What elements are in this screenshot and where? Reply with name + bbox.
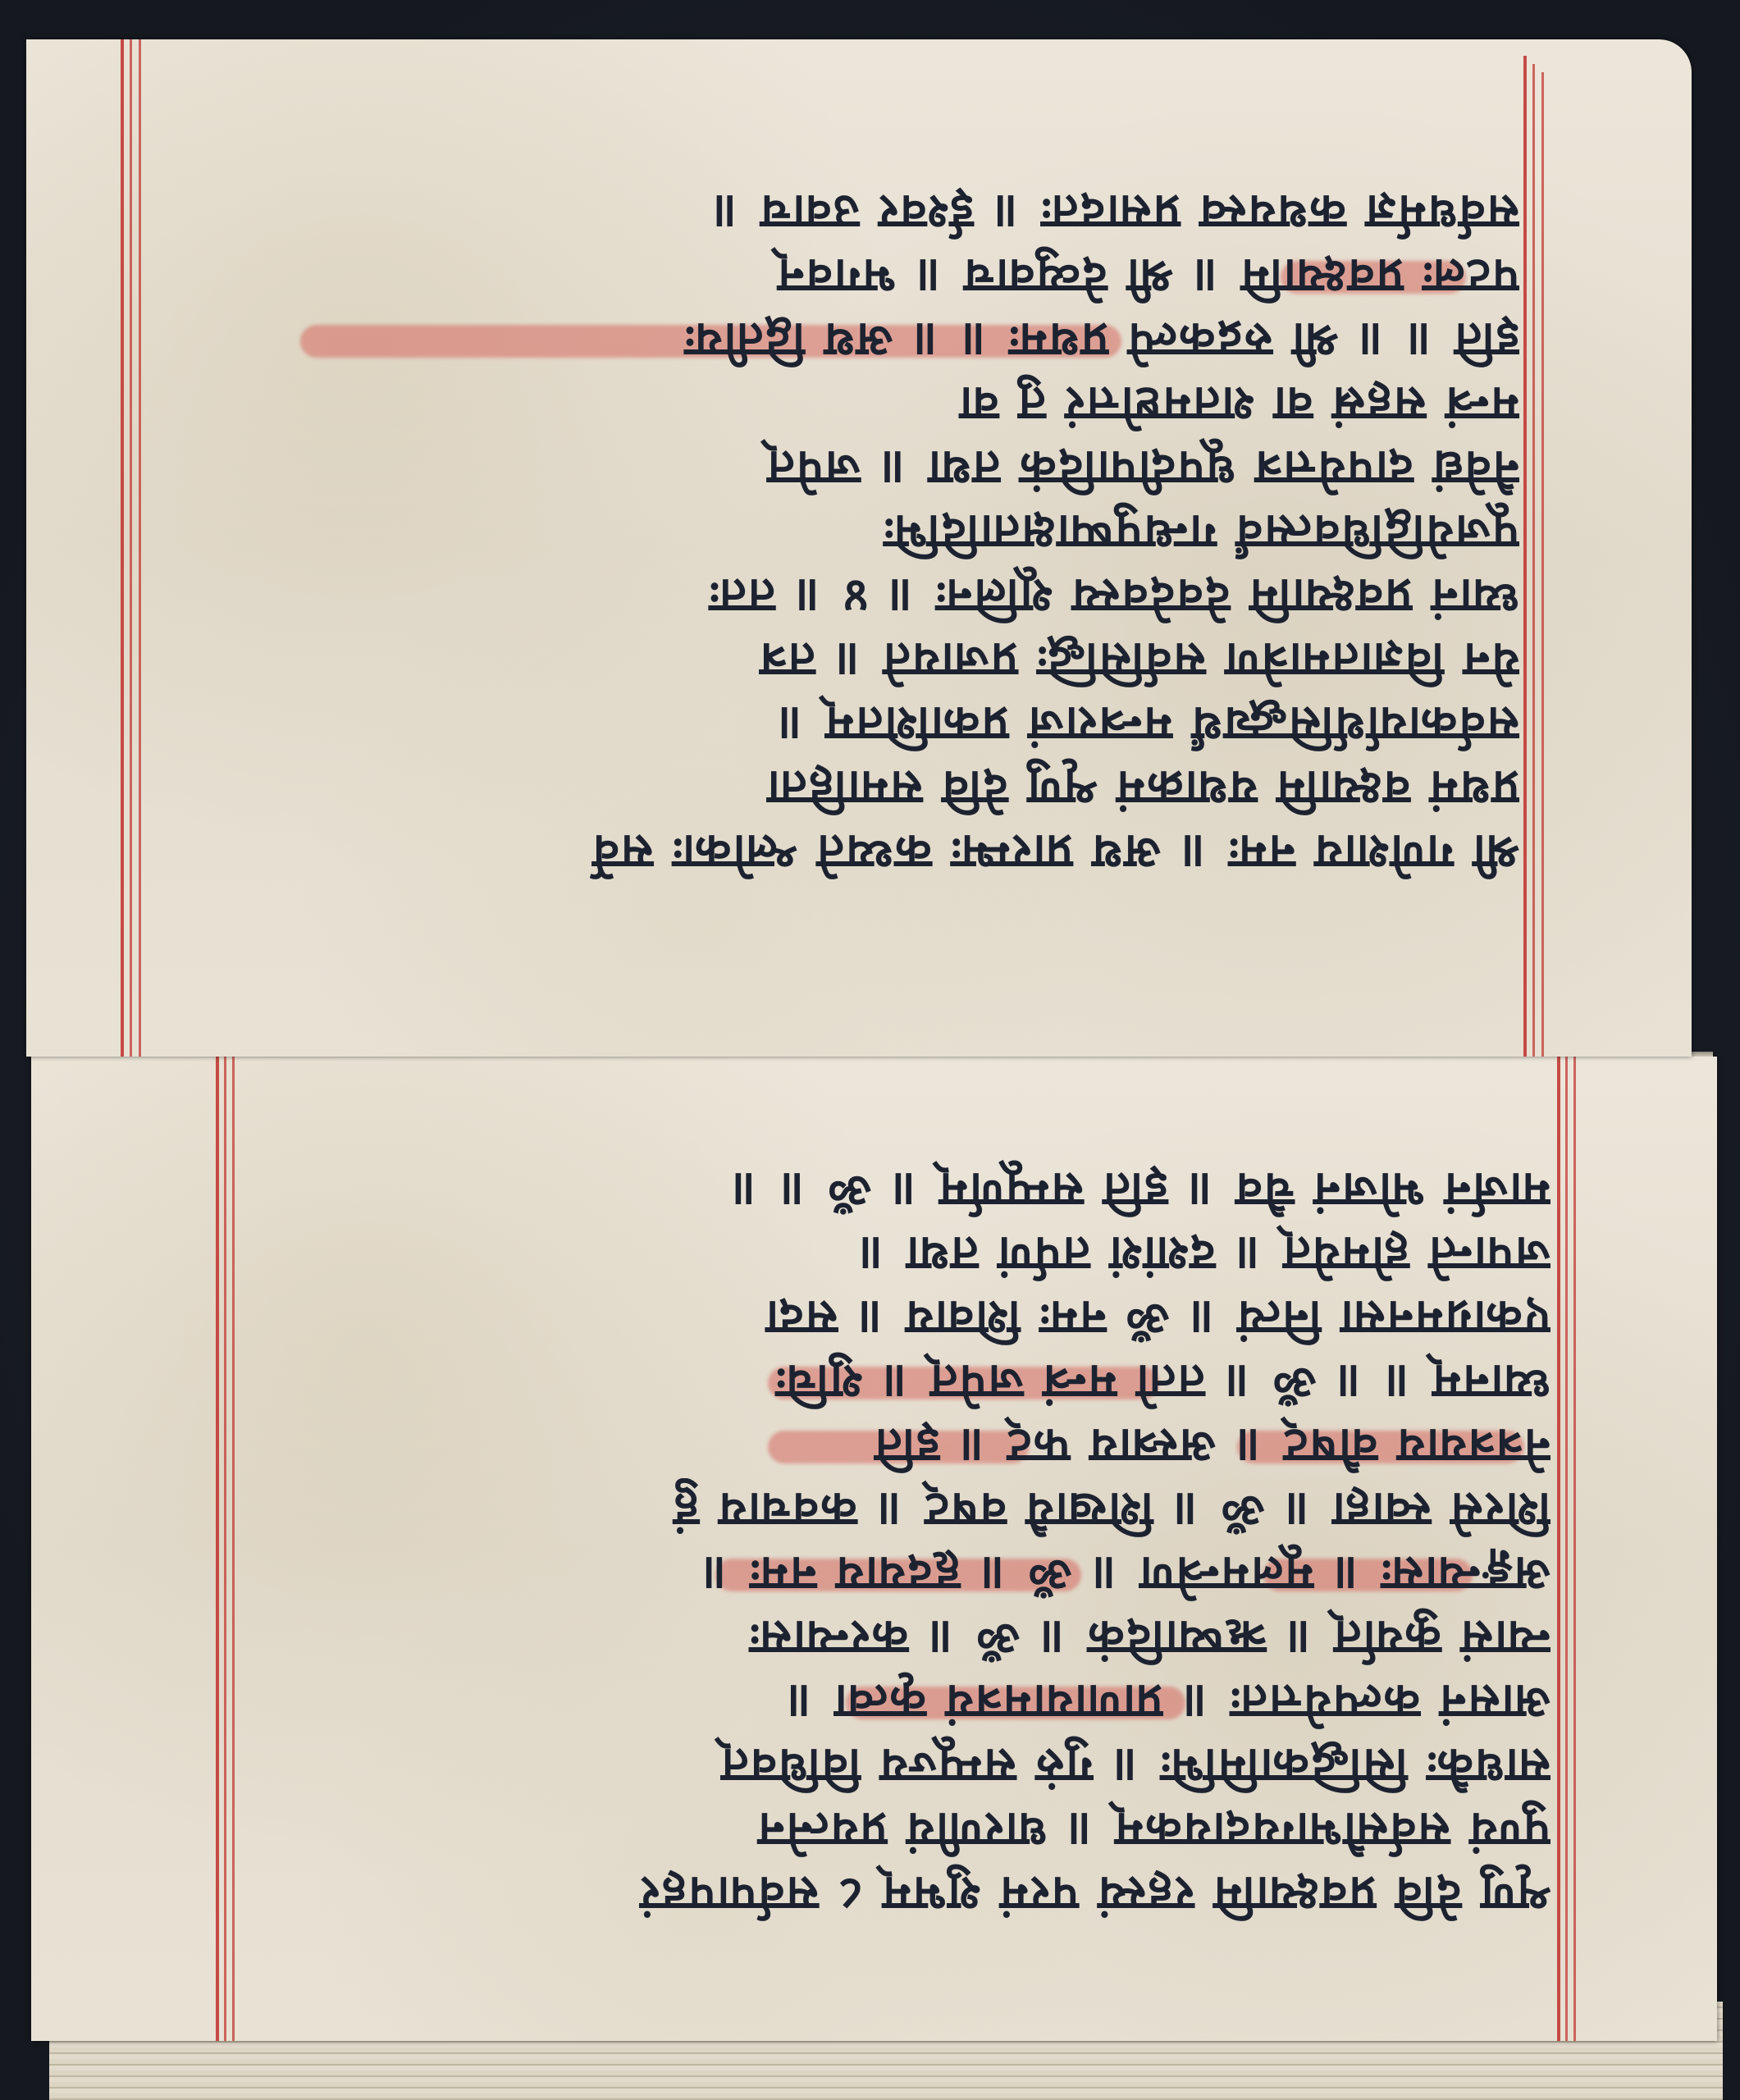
manuscript-line: मन्त्रं सहस्रं वा शतमष्टोत्तरं तु वा [194, 372, 1519, 436]
margin-rule-right [1557, 1057, 1560, 2041]
manuscript-line: न्यासं कुर्यात् ॥ ऋष्यादिकं ॥ ॐ ॥ करन्या… [246, 1606, 1550, 1670]
margin-rule-right-inner [1565, 1057, 1568, 2041]
line-text: प्रथमं वक्ष्यामि यथाक्रमं शृणु देवि समाह… [766, 760, 1519, 816]
margin-rule-left [216, 1057, 219, 2041]
line-text: शृणु देवि प्रवक्ष्यामि रहस्यं परमं शुभम्… [639, 1866, 1550, 1922]
margin-rule-right-inner [1532, 64, 1535, 1057]
manuscript-line: सर्वकार्यार्थसिद्ध्यर्थं मन्त्रराजं प्रक… [194, 692, 1519, 756]
line-text: श्री गणेशाय नमः ॥ अथ प्रारम्भः कथ्यते श्… [591, 824, 1519, 880]
line-text: येन विज्ञातमात्रेण सर्वसिद्धिः प्रजायते … [759, 632, 1519, 688]
margin-rule-left-inner2 [139, 39, 141, 1057]
line-text: मन्त्रं सहस्रं वा शतमष्टोत्तरं तु वा [958, 377, 1519, 432]
manuscript-line: जपान्ते होमयेत् ॥ दशांशं तर्पणं तथा ॥ [246, 1222, 1550, 1286]
line-text: ध्यानम् ॥ ॥ ॐ ॥ ततो मन्त्रं जपेत् ॥ शुचि… [774, 1354, 1550, 1410]
manuscript-line: पुण्यं सर्वसौभाग्यदायकम् ॥ धारणीयं प्रयत… [246, 1798, 1550, 1862]
manuscript-line: ध्यानं प्रवक्ष्यामि देवदेवस्य शूलिनः ॥ ४… [194, 564, 1519, 628]
manuscript-line: प्रथमं वक्ष्यामि यथाक्रमं शृणु देवि समाह… [194, 756, 1519, 820]
margin-rule-left-inner2 [232, 1057, 235, 2041]
line-text: सर्वधर्मज्ञ कथयस्व प्रसादतः ॥ ईश्वर उवाच… [711, 185, 1519, 240]
line-text: एकाग्रमनसा नित्यं ॥ ॐ नमः शिवाय ॥ सदा [765, 1290, 1550, 1346]
line-text: इति ॥ ॥ श्री रुद्रकल्पे प्रथमः ॥ ॥ अथ द्… [683, 313, 1519, 368]
line-text: सर्वकार्यार्थसिद्ध्यर्थं मन्त्रराजं प्रक… [776, 696, 1519, 752]
margin-rule-right [1523, 56, 1527, 1057]
manuscript-line: श्री गणेशाय नमः ॥ अथ प्रारम्भः कथ्यते श्… [194, 820, 1519, 884]
manuscript-line: पटलः प्रवक्ष्यामि ॥ श्री देव्युवाच ॥ भगव… [194, 244, 1519, 308]
line-text: नैवेद्यं दापयेत्तत्र धूपदीपादिकं तथा ॥ ज… [766, 441, 1519, 496]
line-text: ध्यानं प्रवक्ष्यामि देवदेवस्य शूलिनः ॥ ४… [708, 568, 1519, 624]
margin-rule-right-inner2 [1573, 1057, 1576, 2041]
manuscript-line: पूजयेद्विधिवत्सर्वं गन्धपुष्पाक्षतादिभिः [194, 500, 1519, 564]
line-text: साधकैः सिद्धिकामिभिः ॥ गुरुं सम्पूज्य वि… [720, 1738, 1550, 1794]
manuscript-line: नेत्रत्रयाय वौषट् ॥ अस्त्राय फट् ॥ इति [246, 1414, 1550, 1478]
manuscript-line: सर्वधर्मज्ञ कथयस्व प्रसादतः ॥ ईश्वर उवाच… [194, 180, 1519, 244]
manuscript-line: इति ॥ ॥ श्री रुद्रकल्पे प्रथमः ॥ ॥ अथ द्… [194, 308, 1519, 372]
line-text: मार्जनं भोजनं चैव ॥ इति सम्पूर्णम् ॥ ॐ ॥… [730, 1162, 1550, 1218]
manuscript-line: शिरसे स्वाहा ॥ ॐ ॥ शिखायै वषट् ॥ कवचाय ह… [246, 1478, 1550, 1542]
upper-text-block: श्री गणेशाय नमः ॥ अथ प्रारम्भः कथ्यते श्… [194, 171, 1519, 884]
manuscript-line: ध्यानम् ॥ ॥ ॐ ॥ ततो मन्त्रं जपेत् ॥ शुचि… [246, 1350, 1550, 1414]
line-text: पुण्यं सर्वसौभाग्यदायकम् ॥ धारणीयं प्रयत… [756, 1802, 1550, 1858]
manuscript-line: साधकैः सिद्धिकामिभिः ॥ गुरुं सम्पूज्य वि… [246, 1734, 1550, 1798]
line-text: न्यासं कुर्यात् ॥ ऋष्यादिकं ॥ ॐ ॥ करन्या… [748, 1610, 1550, 1666]
margin-rule-left [121, 39, 124, 1057]
margin-rule-left-inner [130, 39, 132, 1057]
manuscript-line: आसनं कल्पयेत्ततः ॥ प्राणायामत्रयं कृत्वा… [246, 1670, 1550, 1734]
manuscript-line: एकाग्रमनसा नित्यं ॥ ॐ नमः शिवाय ॥ सदा [246, 1286, 1550, 1350]
manuscript-line: शृणु देवि प्रवक्ष्यामि रहस्यं परमं शुभम्… [246, 1862, 1550, 1926]
margin-rule-right-inner2 [1541, 72, 1544, 1057]
line-text: जपान्ते होमयेत् ॥ दशांशं तर्पणं तथा ॥ [856, 1226, 1550, 1282]
manuscript-line: अङ्गन्यासः ॥ मूलमन्त्रेण ॥ ॐ ॥ हृदयाय नम… [246, 1542, 1550, 1606]
margin-rule-left-inner [224, 1057, 226, 2041]
manuscript-line: नैवेद्यं दापयेत्तत्र धूपदीपादिकं तथा ॥ ज… [194, 436, 1519, 500]
line-text: नेत्रत्रयाय वौषट् ॥ अस्त्राय फट् ॥ इति [874, 1418, 1550, 1474]
line-text: पटलः प्रवक्ष्यामि ॥ श्री देव्युवाच ॥ भगव… [776, 249, 1519, 304]
line-text: अङ्गन्यासः ॥ मूलमन्त्रेण ॥ ॐ ॥ हृदयाय नम… [701, 1546, 1550, 1602]
lower-leaf: शृणु देवि प्रवक्ष्यामि रहस्यं परमं शुभम्… [31, 1057, 1717, 2041]
upper-leaf: श्री गणेशाय नमः ॥ अथ प्रारम्भः कथ्यते श्… [26, 39, 1692, 1057]
line-text: आसनं कल्पयेत्ततः ॥ प्राणायामत्रयं कृत्वा… [785, 1674, 1550, 1730]
manuscript-line: मार्जनं भोजनं चैव ॥ इति सम्पूर्णम् ॥ ॐ ॥… [246, 1158, 1550, 1222]
line-text: शिरसे स्वाहा ॥ ॐ ॥ शिखायै वषट् ॥ कवचाय ह… [672, 1482, 1550, 1538]
manuscript-line: येन विज्ञातमात्रेण सर्वसिद्धिः प्रजायते … [194, 628, 1519, 692]
lower-text-block: शृणु देवि प्रवक्ष्यामि रहस्यं परमं शुभम्… [246, 1155, 1550, 1926]
line-text: पूजयेद्विधिवत्सर्वं गन्धपुष्पाक्षतादिभिः [883, 504, 1519, 560]
